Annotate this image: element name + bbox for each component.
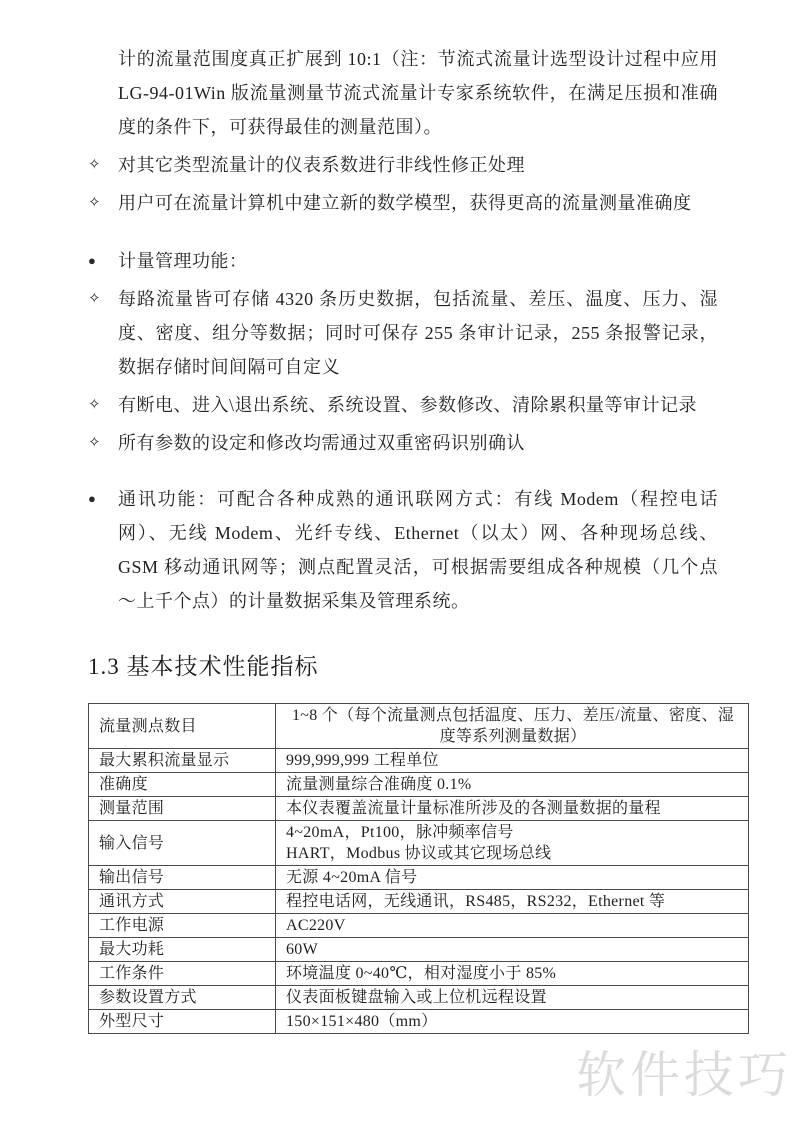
list-item-text: 每路流量皆可存储 4320 条历史数据，包括流量、差压、温度、压力、湿度、密度、… bbox=[118, 282, 718, 384]
diamond-bullet-icon: ✧ bbox=[88, 282, 118, 384]
list-item-text: 所有参数的设定和修改均需通过双重密码识别确认 bbox=[118, 426, 718, 460]
table-row: 通讯方式 程控电话网，无线通讯，RS485，RS232，Ethernet 等 bbox=[89, 890, 749, 914]
section-title-metering: ● 计量管理功能： bbox=[88, 244, 718, 278]
table-row: 最大功耗 60W bbox=[89, 938, 749, 962]
list-item: ✧ 有断电、进入\退出系统、系统设置、参数修改、清除累积量等审计记录 bbox=[88, 388, 718, 422]
list-item-text: 对其它类型流量计的仪表系数进行非线性修正处理 bbox=[118, 148, 718, 182]
row-label-cell: 通讯方式 bbox=[89, 890, 276, 914]
row-label-cell: 工作电源 bbox=[89, 914, 276, 938]
paragraph-continuation: 计的流量范围度真正扩展到 10:1（注：节流式流量计选型设计过程中应用 LG-9… bbox=[118, 42, 718, 144]
dot-bullet-icon: ● bbox=[88, 482, 118, 618]
row-value-cell: 1~8 个（每个流量测点包括温度、压力、差压/流量、密度、湿度等系列测量数据） bbox=[276, 704, 749, 749]
row-value-cell: 999,999,999 工程单位 bbox=[276, 749, 749, 773]
spacer bbox=[88, 460, 718, 478]
table-row: 准确度 流量测量综合准确度 0.1% bbox=[89, 773, 749, 797]
document-page: 计的流量范围度真正扩展到 10:1（注：节流式流量计选型设计过程中应用 LG-9… bbox=[0, 0, 800, 1131]
table-row: 测量范围 本仪表覆盖流量计量标准所涉及的各测量数据的量程 bbox=[89, 797, 749, 821]
dot-bullet-icon: ● bbox=[88, 244, 118, 278]
section-comm-text: 通讯功能：可配合各种成熟的通讯联网方式：有线 Modem（程控电话网）、无线 M… bbox=[118, 482, 718, 618]
section-comm: ● 通讯功能：可配合各种成熟的通讯联网方式：有线 Modem（程控电话网）、无线… bbox=[88, 482, 718, 618]
diamond-bullet-icon: ✧ bbox=[88, 186, 118, 220]
row-value-cell: 60W bbox=[276, 938, 749, 962]
value-line: HART，Modbus 协议或其它现场总线 bbox=[286, 843, 740, 864]
row-label-cell: 流量测点数目 bbox=[89, 704, 276, 749]
diamond-bullet-icon: ✧ bbox=[88, 426, 118, 460]
row-value-cell: 流量测量综合准确度 0.1% bbox=[276, 773, 749, 797]
row-label-cell: 工作条件 bbox=[89, 962, 276, 986]
table-row: 工作条件 环境温度 0~40℃，相对湿度小于 85% bbox=[89, 962, 749, 986]
table-row: 输出信号 无源 4~20mA 信号 bbox=[89, 866, 749, 890]
table-row: 最大累积流量显示 999,999,999 工程单位 bbox=[89, 749, 749, 773]
row-label-cell: 最大功耗 bbox=[89, 938, 276, 962]
row-value-cell: 无源 4~20mA 信号 bbox=[276, 866, 749, 890]
list-item: ✧ 所有参数的设定和修改均需通过双重密码识别确认 bbox=[88, 426, 718, 460]
table-row: 输入信号 4~20mA，Pt100，脉冲频率信号 HART，Modbus 协议或… bbox=[89, 821, 749, 866]
table-row: 工作电源 AC220V bbox=[89, 914, 749, 938]
list-item-text: 用户可在流量计算机中建立新的数学模型，获得更高的流量测量准确度 bbox=[118, 186, 718, 220]
row-value-cell: 环境温度 0~40℃，相对湿度小于 85% bbox=[276, 962, 749, 986]
row-label-cell: 最大累积流量显示 bbox=[89, 749, 276, 773]
row-label-cell: 输出信号 bbox=[89, 866, 276, 890]
row-label-cell: 准确度 bbox=[89, 773, 276, 797]
row-value-cell: 150×151×480（mm） bbox=[276, 1010, 749, 1034]
value-line: 4~20mA，Pt100，脉冲频率信号 bbox=[286, 822, 740, 843]
row-label-cell: 测量范围 bbox=[89, 797, 276, 821]
list-item: ✧ 每路流量皆可存储 4320 条历史数据，包括流量、差压、温度、压力、湿度、密… bbox=[88, 282, 718, 384]
row-value-cell: 仪表面板键盘输入或上位机远程设置 bbox=[276, 986, 749, 1010]
spacer bbox=[88, 220, 718, 240]
diamond-bullet-icon: ✧ bbox=[88, 148, 118, 182]
row-label-cell: 输入信号 bbox=[89, 821, 276, 866]
table-row: 流量测点数目 1~8 个（每个流量测点包括温度、压力、差压/流量、密度、湿度等系… bbox=[89, 704, 749, 749]
row-label-cell: 参数设置方式 bbox=[89, 986, 276, 1010]
row-value-cell: 程控电话网，无线通讯，RS485，RS232，Ethernet 等 bbox=[276, 890, 749, 914]
spec-table: 流量测点数目 1~8 个（每个流量测点包括温度、压力、差压/流量、密度、湿度等系… bbox=[88, 703, 749, 1034]
row-label-cell: 外型尺寸 bbox=[89, 1010, 276, 1034]
list-item-text: 有断电、进入\退出系统、系统设置、参数修改、清除累积量等审计记录 bbox=[118, 388, 718, 422]
row-value-cell: 本仪表覆盖流量计量标准所涉及的各测量数据的量程 bbox=[276, 797, 749, 821]
row-value-cell: AC220V bbox=[276, 914, 749, 938]
table-row: 外型尺寸 150×151×480（mm） bbox=[89, 1010, 749, 1034]
section-title-text: 计量管理功能： bbox=[118, 244, 718, 278]
table-row: 参数设置方式 仪表面板键盘输入或上位机远程设置 bbox=[89, 986, 749, 1010]
watermark: 软件技巧 bbox=[576, 1035, 792, 1107]
list-item: ✧ 对其它类型流量计的仪表系数进行非线性修正处理 bbox=[88, 148, 718, 182]
list-item: ✧ 用户可在流量计算机中建立新的数学模型，获得更高的流量测量准确度 bbox=[88, 186, 718, 220]
row-value-cell: 4~20mA，Pt100，脉冲频率信号 HART，Modbus 协议或其它现场总… bbox=[276, 821, 749, 866]
section-heading-1-3: 1.3 基本技术性能指标 bbox=[88, 648, 718, 681]
diamond-bullet-icon: ✧ bbox=[88, 388, 118, 422]
